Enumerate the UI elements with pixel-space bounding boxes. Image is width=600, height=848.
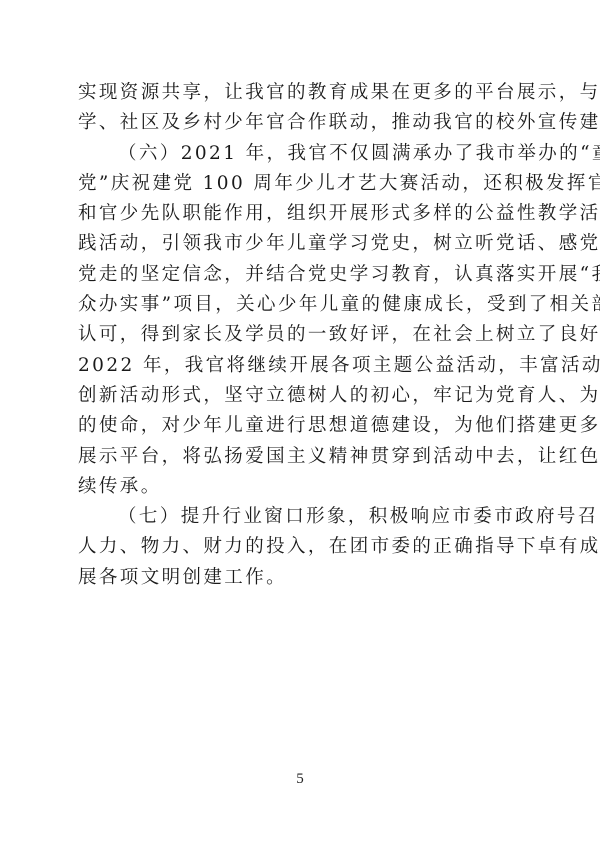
document-page: 实现资源共享，让我官的教育成果在更多的平台展示，与老年大 学、社区及乡村少年官合… [0, 0, 600, 848]
text-line: 和官少先队职能作用，组织开展形式多样的公益性教学活动和实 [78, 199, 524, 229]
text-line: 众办实事”项目，关心少年儿童的健康成长，受到了相关部门的 [78, 290, 524, 320]
section-heading-line: （七）提升行业窗口形象，积极响应市委市政府号召，加大 [78, 502, 524, 532]
page-number: 5 [0, 771, 600, 788]
text-line: 续传承。 [78, 472, 524, 502]
text-line: 践活动，引领我市少年儿童学习党史，树立听党话、感党恩、跟 [78, 229, 524, 259]
text-line: 人力、物力、财力的投入，在团市委的正确指导下卓有成效地开 [78, 532, 524, 562]
text-line: 实现资源共享，让我官的教育成果在更多的平台展示，与老年大 [78, 78, 524, 108]
text-line: 认可，得到家长及学员的一致好评，在社会上树立了良好的口碑。 [78, 320, 524, 350]
text-line: 党”庆祝建党 100 周年少儿才艺大赛活动，还积极发挥官少工委 [78, 169, 524, 199]
text-line: 学、社区及乡村少年官合作联动，推动我官的校外宣传建设力度。 [78, 108, 524, 138]
text-line: 展示平台，将弘扬爱国主义精神贯穿到活动中去，让红色血脉赓 [78, 442, 524, 472]
section-heading-line: （六）2021 年，我官不仅圆满承办了我市举办的“童心向 [78, 139, 524, 169]
body-text: 实现资源共享，让我官的教育成果在更多的平台展示，与老年大 学、社区及乡村少年官合… [78, 78, 524, 593]
text-line: 展各项文明创建工作。 [78, 563, 524, 593]
text-line: 创新活动形式，坚守立德树人的初心，牢记为党育人、为国育才 [78, 381, 524, 411]
text-line: 的使命，对少年儿童进行思想道德建设，为他们搭建更多的才艺 [78, 411, 524, 441]
text-line: 2022 年，我官将继续开展各项主题公益活动，丰富活动内容， [78, 351, 524, 381]
text-line: 党走的坚定信念，并结合党史学习教育，认真落实开展“我为群 [78, 260, 524, 290]
